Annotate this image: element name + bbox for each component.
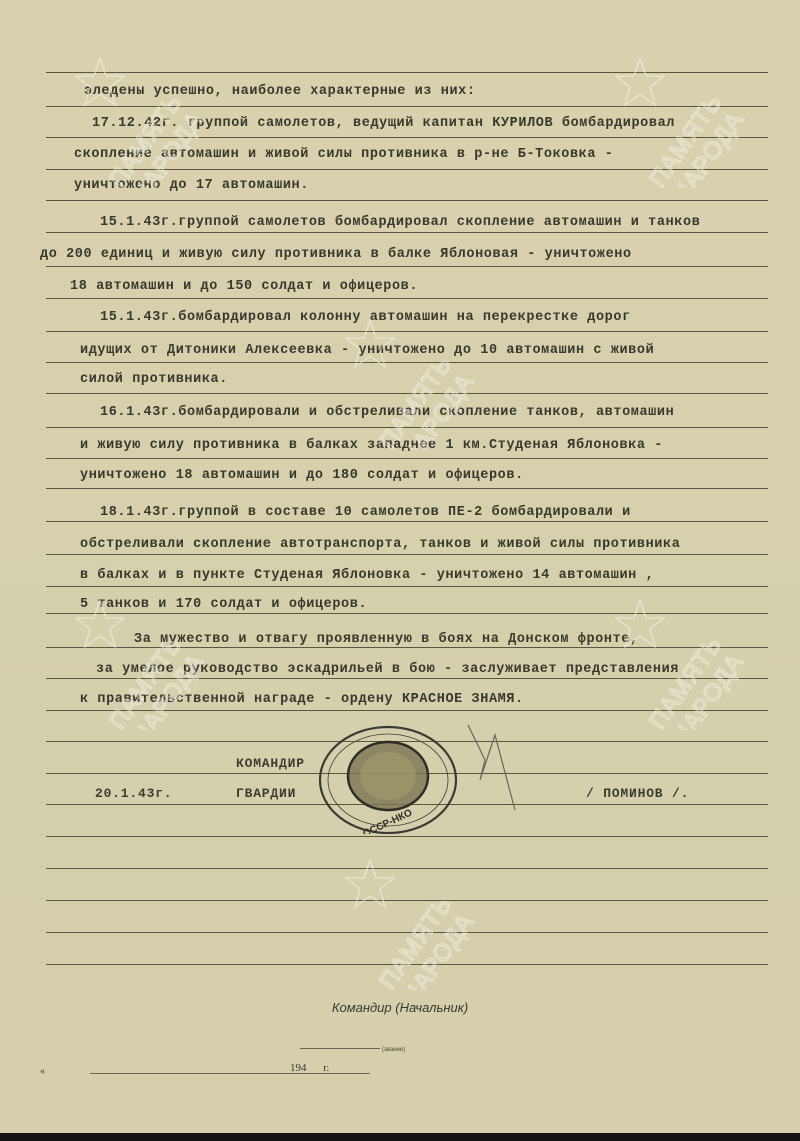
watermark-star-icon: ПАМЯТЬ НАРОДА <box>330 320 530 450</box>
text-line: силой противника. <box>80 372 228 387</box>
svg-text:ПАМЯТЬ: ПАМЯТЬ <box>374 891 457 990</box>
text-line: За мужество и отвагу проявленную в боях … <box>134 632 639 647</box>
ruled-line <box>46 964 768 965</box>
signature-date: 20.1.43г. <box>95 786 172 801</box>
ruled-line <box>46 232 768 233</box>
svg-text:ПАМЯТЬ: ПАМЯТЬ <box>374 351 457 450</box>
svg-text:НАРОДА: НАРОДА <box>667 649 749 730</box>
svg-text:НАРОДА: НАРОДА <box>667 107 749 188</box>
ruled-line <box>46 678 768 679</box>
ruled-line <box>46 458 768 459</box>
ruled-line <box>46 554 768 555</box>
svg-text:НАРОДА: НАРОДА <box>127 649 209 730</box>
signature-title-line2: ГВАРДИИ <box>236 786 296 801</box>
text-line: скопление автомашин и живой силы противн… <box>74 147 613 162</box>
ruled-line <box>46 647 768 648</box>
page-bottom-edge <box>0 1133 800 1141</box>
ruled-line <box>46 710 768 711</box>
text-line: за умелое руководство эскадрильей в бою … <box>96 662 679 677</box>
rank-caption: (звание) <box>382 1047 405 1053</box>
text-line: 15.1.43г.бомбардировал колонну автомашин… <box>100 310 631 325</box>
ruled-line <box>46 932 768 933</box>
ruled-line <box>46 521 768 522</box>
ruled-line <box>46 169 768 170</box>
text-line: и живую силу противника в балках западне… <box>80 438 663 453</box>
text-line: 18 автомашин и до 150 солдат и офицеров. <box>70 279 418 294</box>
ruled-line <box>46 298 768 299</box>
date-year-value: 194 <box>290 1062 307 1074</box>
ruled-line <box>46 868 768 869</box>
ruled-line <box>46 427 768 428</box>
date-year: 194 г. <box>290 1062 329 1074</box>
svg-text:СССР-НКО: СССР-НКО <box>362 807 415 834</box>
ruled-line <box>46 586 768 587</box>
text-line: 18.1.43г.группой в составе 10 самолетов … <box>100 505 631 520</box>
svg-text:ПАМЯТЬ: ПАМЯТЬ <box>644 89 727 188</box>
commander-caption: Командир (Начальник) <box>0 1000 800 1015</box>
ruled-line <box>46 362 768 363</box>
text-line: обстреливали скопление автотранспорта, т… <box>80 537 680 552</box>
text-line: до 200 единиц и живую силу противника в … <box>40 247 632 262</box>
ruled-line <box>46 266 768 267</box>
text-line: 15.1.43г.группой самолетов бомбардировал… <box>100 215 700 230</box>
watermark-star-icon: ПАМЯТЬ НАРОДА <box>330 860 530 990</box>
ruled-line <box>46 900 768 901</box>
svg-text:ПАМЯТЬ: ПАМЯТЬ <box>104 89 187 188</box>
text-line: идущих от Дитоники Алексеевка - уничтоже… <box>80 343 654 358</box>
text-line: 17.12.42г. группой самолетов, ведущий ка… <box>92 116 675 131</box>
ruled-line <box>46 137 768 138</box>
text-line: 5 танков и 170 солдат и офицеров. <box>80 597 367 612</box>
ruled-line <box>46 72 768 73</box>
text-line: к правительственной награде - ордену КРА… <box>80 692 524 707</box>
ruled-line <box>46 106 768 107</box>
text-line: эледены успешно, наиболее характерные из… <box>84 84 476 99</box>
ruled-line <box>46 613 768 614</box>
text-line: в балках и в пункте Студеная Яблоновка -… <box>80 568 654 583</box>
document-page: эледены успешно, наиболее характерные из… <box>0 0 800 1133</box>
rank-line <box>300 1048 380 1049</box>
ruled-line <box>46 393 768 394</box>
signature-title-line1: КОМАНДИР <box>236 756 305 771</box>
date-year-suffix: г. <box>323 1062 329 1074</box>
date-prefix: « <box>40 1066 45 1077</box>
signature-name: / ПОМИНОВ /. <box>586 786 689 801</box>
svg-text:НАРОДА: НАРОДА <box>397 909 479 990</box>
text-line: уничтожено 18 автомашин и до 180 солдат … <box>80 468 524 483</box>
ruled-line <box>46 331 768 332</box>
ruled-line <box>46 836 768 837</box>
official-stamp-icon: СССР-НКО <box>318 724 458 834</box>
text-line: уничтожено до 17 автомашин. <box>74 178 309 193</box>
ruled-line <box>46 200 768 201</box>
text-line: 16.1.43г.бомбардировали и обстреливали с… <box>100 405 674 420</box>
ruled-line <box>46 488 768 489</box>
